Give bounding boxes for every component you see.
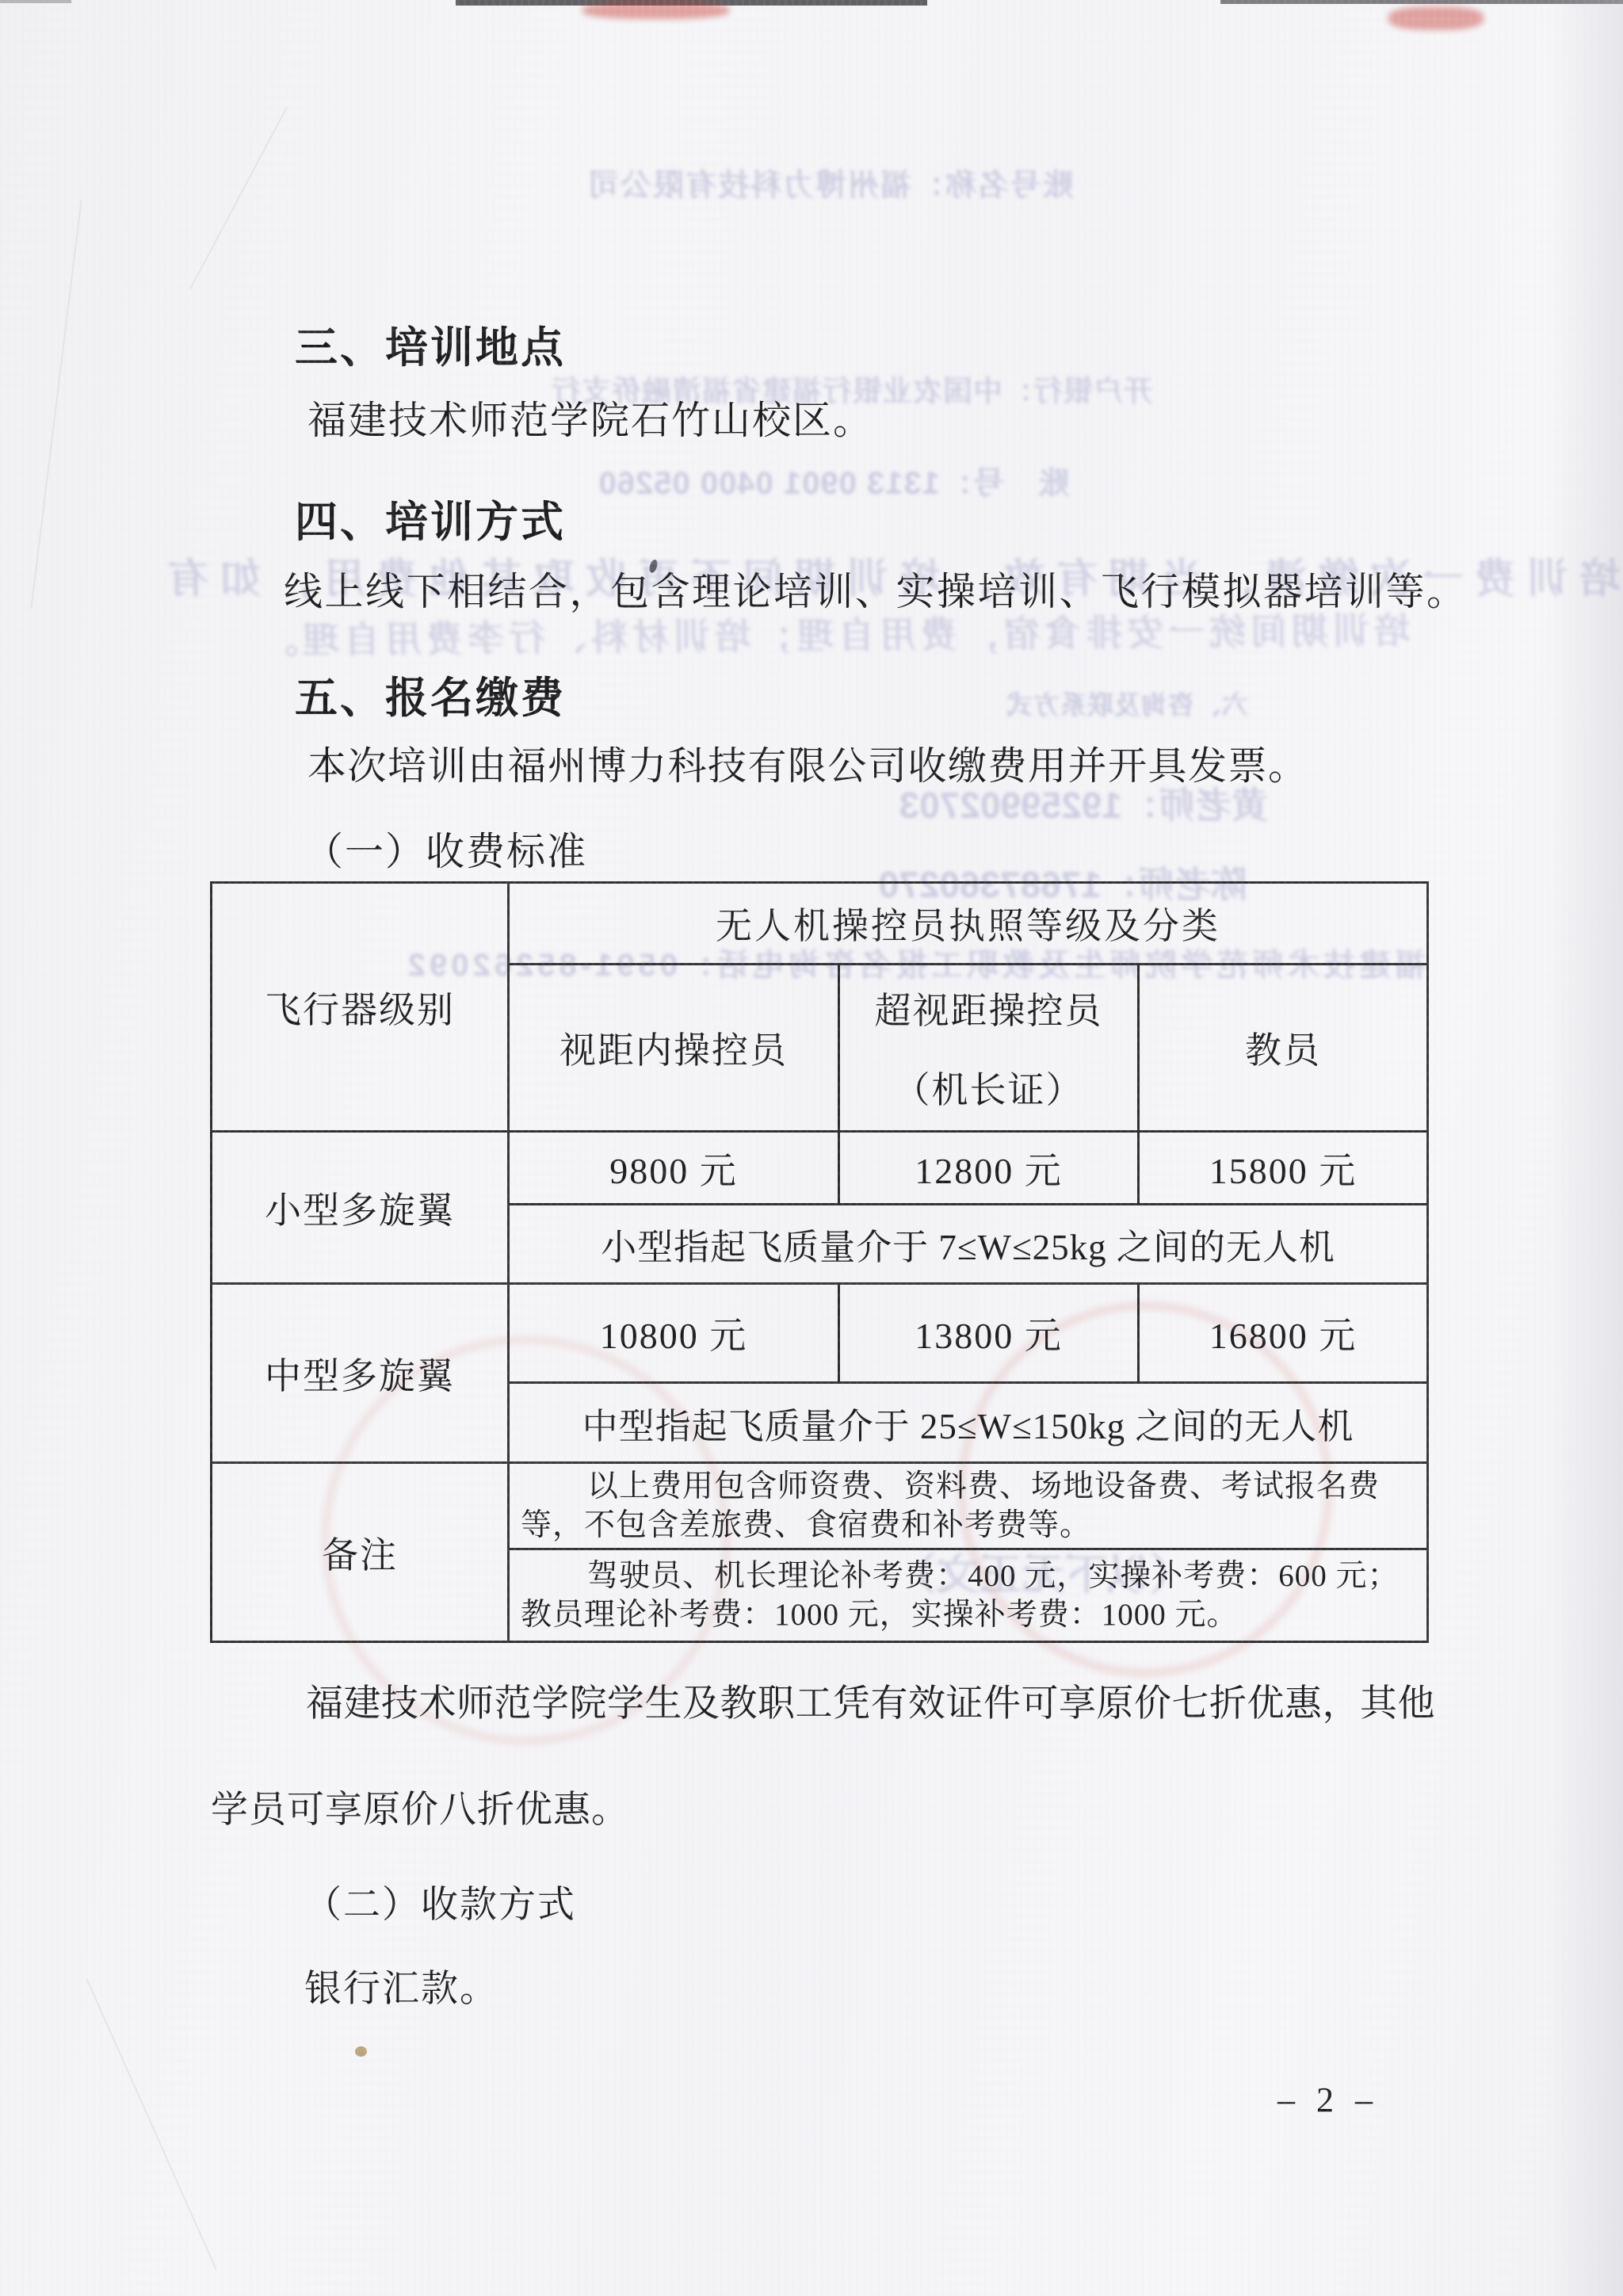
scan-edge-artifact	[0, 0, 71, 3]
paper-crease	[86, 1979, 217, 2269]
page-number: – 2 –	[1277, 2080, 1379, 2120]
remark-fees-line2: 等，不包含差旅费、食宿费和补考费等。	[521, 1506, 1415, 1545]
fee-table: 飞行器级别 无人机操控员执照等级及分类 视距内操控员 超视距操控员 （机长证） …	[210, 881, 1429, 1643]
fee-table-note-medium: 中型指起飞质量介于 25≤W≤150kg 之间的无人机	[509, 1383, 1428, 1463]
fee-table-header-aircraft-level: 飞行器级别	[212, 883, 509, 1132]
scan-edge-shadow	[1549, 0, 1623, 2296]
paper-crease	[30, 200, 82, 609]
remark-fees-line1: 以上费用包含师资费、资料费、场地设备费、考试报名费	[521, 1467, 1415, 1506]
fee-table-remark-included-fees: 以上费用包含师资费、资料费、场地设备费、考试报名费 等，不包含差旅费、食宿费和补…	[509, 1463, 1428, 1549]
red-ink-smudge	[1388, 6, 1484, 30]
bvlos-header-line2: （机长证）	[840, 1061, 1137, 1114]
scan-edge-artifact	[1220, 0, 1623, 4]
section-heading-training-method: 四、培训方式	[295, 488, 566, 549]
fee-table-header-bvlos-operator: 超视距操控员 （机长证）	[839, 965, 1139, 1132]
fee-table-category-small-multirotor: 小型多旋翼	[212, 1132, 509, 1284]
subsection-heading-fee-standard: （一）收费标准	[304, 821, 587, 877]
scanned-page: 账号名称：福州博力科技有限公司 开户银行：中国农业银行福建省福清融侨支行 账 号…	[0, 0, 1623, 2296]
fee-table-price-small-bvlos: 12800 元	[839, 1132, 1139, 1205]
fee-table-note-small: 小型指起飞质量介于 7≤W≤25kg 之间的无人机	[509, 1205, 1428, 1284]
discount-paragraph-line2: 学员可享原价八折优惠。	[211, 1780, 629, 1833]
section-heading-registration-payment: 五、报名缴费	[295, 664, 566, 725]
fee-table-header-license-class: 无人机操控员执照等级及分类	[509, 883, 1428, 965]
bleed-through-text: 账号名称：福州博力科技有限公司	[606, 161, 1074, 205]
training-method-text: 线上线下相结合，包含理论培训、实操培训、飞行模拟器培训等。	[284, 561, 1468, 617]
fee-table-header-visual-operator: 视距内操控员	[509, 965, 839, 1132]
red-ink-smudge	[582, 2, 729, 19]
training-location-text: 福建技术师范学院石竹山校区。	[307, 390, 873, 445]
section-heading-training-location: 三、培训地点	[295, 314, 566, 375]
discount-paragraph-line1: 福建技术师范学院学生及教职工凭有效证件可享原价七折优惠，其他	[306, 1674, 1435, 1727]
remark-retake-line1: 驾驶员、机长理论补考费：400 元，实操补考费：600 元；	[521, 1557, 1415, 1595]
subsection-heading-payment-method: （二）收款方式	[304, 1875, 576, 1928]
fee-table-price-medium-instructor: 16800 元	[1139, 1284, 1428, 1383]
fee-table-remark-retake-fees: 驾驶员、机长理论补考费：400 元，实操补考费：600 元； 教员理论补考费：1…	[509, 1549, 1428, 1642]
fee-table-price-small-visual: 9800 元	[509, 1132, 839, 1205]
bvlos-header-line1: 超视距操控员	[840, 982, 1137, 1034]
fee-table-price-small-instructor: 15800 元	[1139, 1132, 1428, 1205]
remark-retake-line2: 教员理论补考费：1000 元，实操补考费：1000 元。	[521, 1595, 1415, 1634]
bleed-through-text: 账 号：1313 0901 0400 05260	[610, 458, 1070, 503]
fee-table-price-medium-bvlos: 13800 元	[839, 1284, 1139, 1383]
paper-crease	[189, 107, 288, 290]
fee-table-category-medium-multirotor: 中型多旋翼	[212, 1284, 509, 1463]
payment-collector-text: 本次培训由福州博力科技有限公司收缴费用并开具发票。	[307, 735, 1308, 791]
fee-table-header-instructor: 教员	[1139, 965, 1428, 1132]
paper-speck	[355, 2046, 367, 2057]
bleed-through-text: 六、咨询及联系方式	[1008, 685, 1248, 722]
fee-table-remark-label: 备注	[212, 1463, 509, 1642]
fee-table-price-medium-visual: 10800 元	[509, 1284, 839, 1383]
payment-method-text: 银行汇款。	[304, 1959, 498, 2012]
